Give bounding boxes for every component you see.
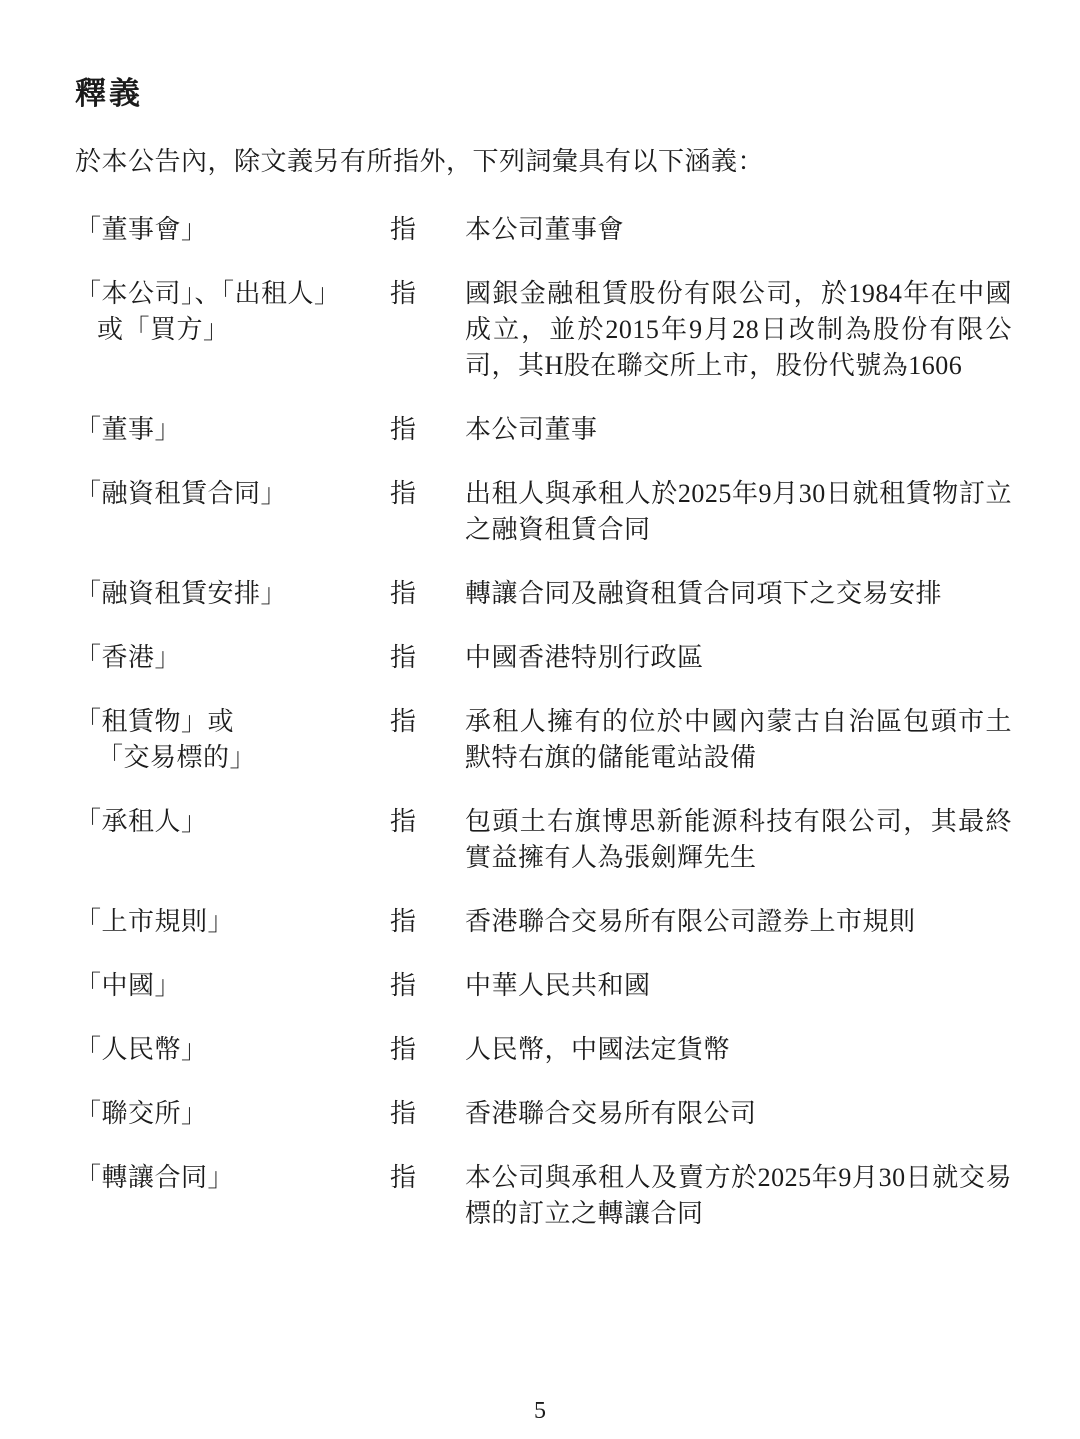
definition-row: 「董事」 指 本公司董事	[75, 412, 1012, 448]
indicator-label: 指	[390, 1160, 465, 1196]
definition-text: 包頭土右旗博思新能源科技有限公司，其最終實益擁有人為張劍輝先生	[465, 804, 1012, 876]
definition-row: 「上市規則」 指 香港聯合交易所有限公司證券上市規則	[75, 904, 1012, 940]
definition-text: 中華人民共和國	[465, 968, 1012, 1004]
term-line: 「聯交所」	[75, 1096, 390, 1132]
term-line: 「人民幣」	[75, 1032, 390, 1068]
indicator-label: 指	[390, 640, 465, 676]
term: 「董事會」	[75, 212, 390, 248]
definition-text: 國銀金融租賃股份有限公司，於1984年在中國成立，並於2015年9月28日改制為…	[465, 276, 1012, 384]
definition-text: 人民幣，中國法定貨幣	[465, 1032, 1012, 1068]
definition-text: 轉讓合同及融資租賃合同項下之交易安排	[465, 576, 1012, 612]
term-line: 「董事」	[75, 412, 390, 448]
indicator-label: 指	[390, 212, 465, 248]
indicator-label: 指	[390, 968, 465, 1004]
definition-row: 「轉讓合同」 指 本公司與承租人及賣方於2025年9月30日就交易標的訂立之轉讓…	[75, 1160, 1012, 1232]
term-line: 「租賃物」或	[75, 704, 390, 740]
definition-row: 「融資租賃合同」 指 出租人與承租人於2025年9月30日就租賃物訂立之融資租賃…	[75, 476, 1012, 548]
term-line: 「融資租賃安排」	[75, 576, 390, 612]
intro-text: 於本公告內，除文義另有所指外，下列詞彙具有以下涵義：	[75, 144, 1012, 180]
definition-text: 出租人與承租人於2025年9月30日就租賃物訂立之融資租賃合同	[465, 476, 1012, 548]
term-line: 「本公司」、「出租人」	[75, 276, 390, 312]
term-line: 「承租人」	[75, 804, 390, 840]
indicator-label: 指	[390, 904, 465, 940]
term-line: 「香港」	[75, 640, 390, 676]
indicator-label: 指	[390, 412, 465, 448]
term-line: 「轉讓合同」	[75, 1160, 390, 1196]
term-line: 「上市規則」	[75, 904, 390, 940]
term: 「香港」	[75, 640, 390, 676]
term: 「人民幣」	[75, 1032, 390, 1068]
term: 「董事」	[75, 412, 390, 448]
definition-row: 「聯交所」 指 香港聯合交易所有限公司	[75, 1096, 1012, 1132]
term: 「承租人」	[75, 804, 390, 840]
term: 「本公司」、「出租人」 或「買方」	[75, 276, 390, 348]
term: 「租賃物」或 「交易標的」	[75, 704, 390, 776]
definition-text: 承租人擁有的位於中國內蒙古自治區包頭市土默特右旗的儲能電站設備	[465, 704, 1012, 776]
indicator-label: 指	[390, 576, 465, 612]
definition-text: 本公司董事會	[465, 212, 1012, 248]
term-line: 「融資租賃合同」	[75, 476, 390, 512]
definition-text: 香港聯合交易所有限公司證券上市規則	[465, 904, 1012, 940]
indicator-label: 指	[390, 1032, 465, 1068]
term-line: 「中國」	[75, 968, 390, 1004]
definition-row: 「租賃物」或 「交易標的」 指 承租人擁有的位於中國內蒙古自治區包頭市土默特右旗…	[75, 704, 1012, 776]
page-title: 釋義	[75, 74, 1012, 114]
page-number: 5	[0, 1397, 1080, 1425]
term: 「聯交所」	[75, 1096, 390, 1132]
term: 「中國」	[75, 968, 390, 1004]
indicator-label: 指	[390, 704, 465, 740]
definition-text: 香港聯合交易所有限公司	[465, 1096, 1012, 1132]
definition-row: 「董事會」 指 本公司董事會	[75, 212, 1012, 248]
term: 「上市規則」	[75, 904, 390, 940]
term: 「融資租賃安排」	[75, 576, 390, 612]
indicator-label: 指	[390, 1096, 465, 1132]
definition-row: 「人民幣」 指 人民幣，中國法定貨幣	[75, 1032, 1012, 1068]
definition-row: 「融資租賃安排」 指 轉讓合同及融資租賃合同項下之交易安排	[75, 576, 1012, 612]
term-line-continued: 或「買方」	[75, 312, 390, 348]
term: 「融資租賃合同」	[75, 476, 390, 512]
definitions-list: 「董事會」 指 本公司董事會 「本公司」、「出租人」 或「買方」 指 國銀金融租…	[75, 212, 1012, 1232]
indicator-label: 指	[390, 804, 465, 840]
document-page: 釋義 於本公告內，除文義另有所指外，下列詞彙具有以下涵義： 「董事會」 指 本公…	[0, 0, 1080, 1232]
indicator-label: 指	[390, 476, 465, 512]
term-line: 「董事會」	[75, 212, 390, 248]
indicator-label: 指	[390, 276, 465, 312]
definition-row: 「香港」 指 中國香港特別行政區	[75, 640, 1012, 676]
definition-text: 中國香港特別行政區	[465, 640, 1012, 676]
definition-text: 本公司董事	[465, 412, 1012, 448]
term: 「轉讓合同」	[75, 1160, 390, 1196]
definition-row: 「承租人」 指 包頭土右旗博思新能源科技有限公司，其最終實益擁有人為張劍輝先生	[75, 804, 1012, 876]
definition-row: 「中國」 指 中華人民共和國	[75, 968, 1012, 1004]
definition-row: 「本公司」、「出租人」 或「買方」 指 國銀金融租賃股份有限公司，於1984年在…	[75, 276, 1012, 384]
definition-text: 本公司與承租人及賣方於2025年9月30日就交易標的訂立之轉讓合同	[465, 1160, 1012, 1232]
term-line-continued: 「交易標的」	[75, 740, 390, 776]
